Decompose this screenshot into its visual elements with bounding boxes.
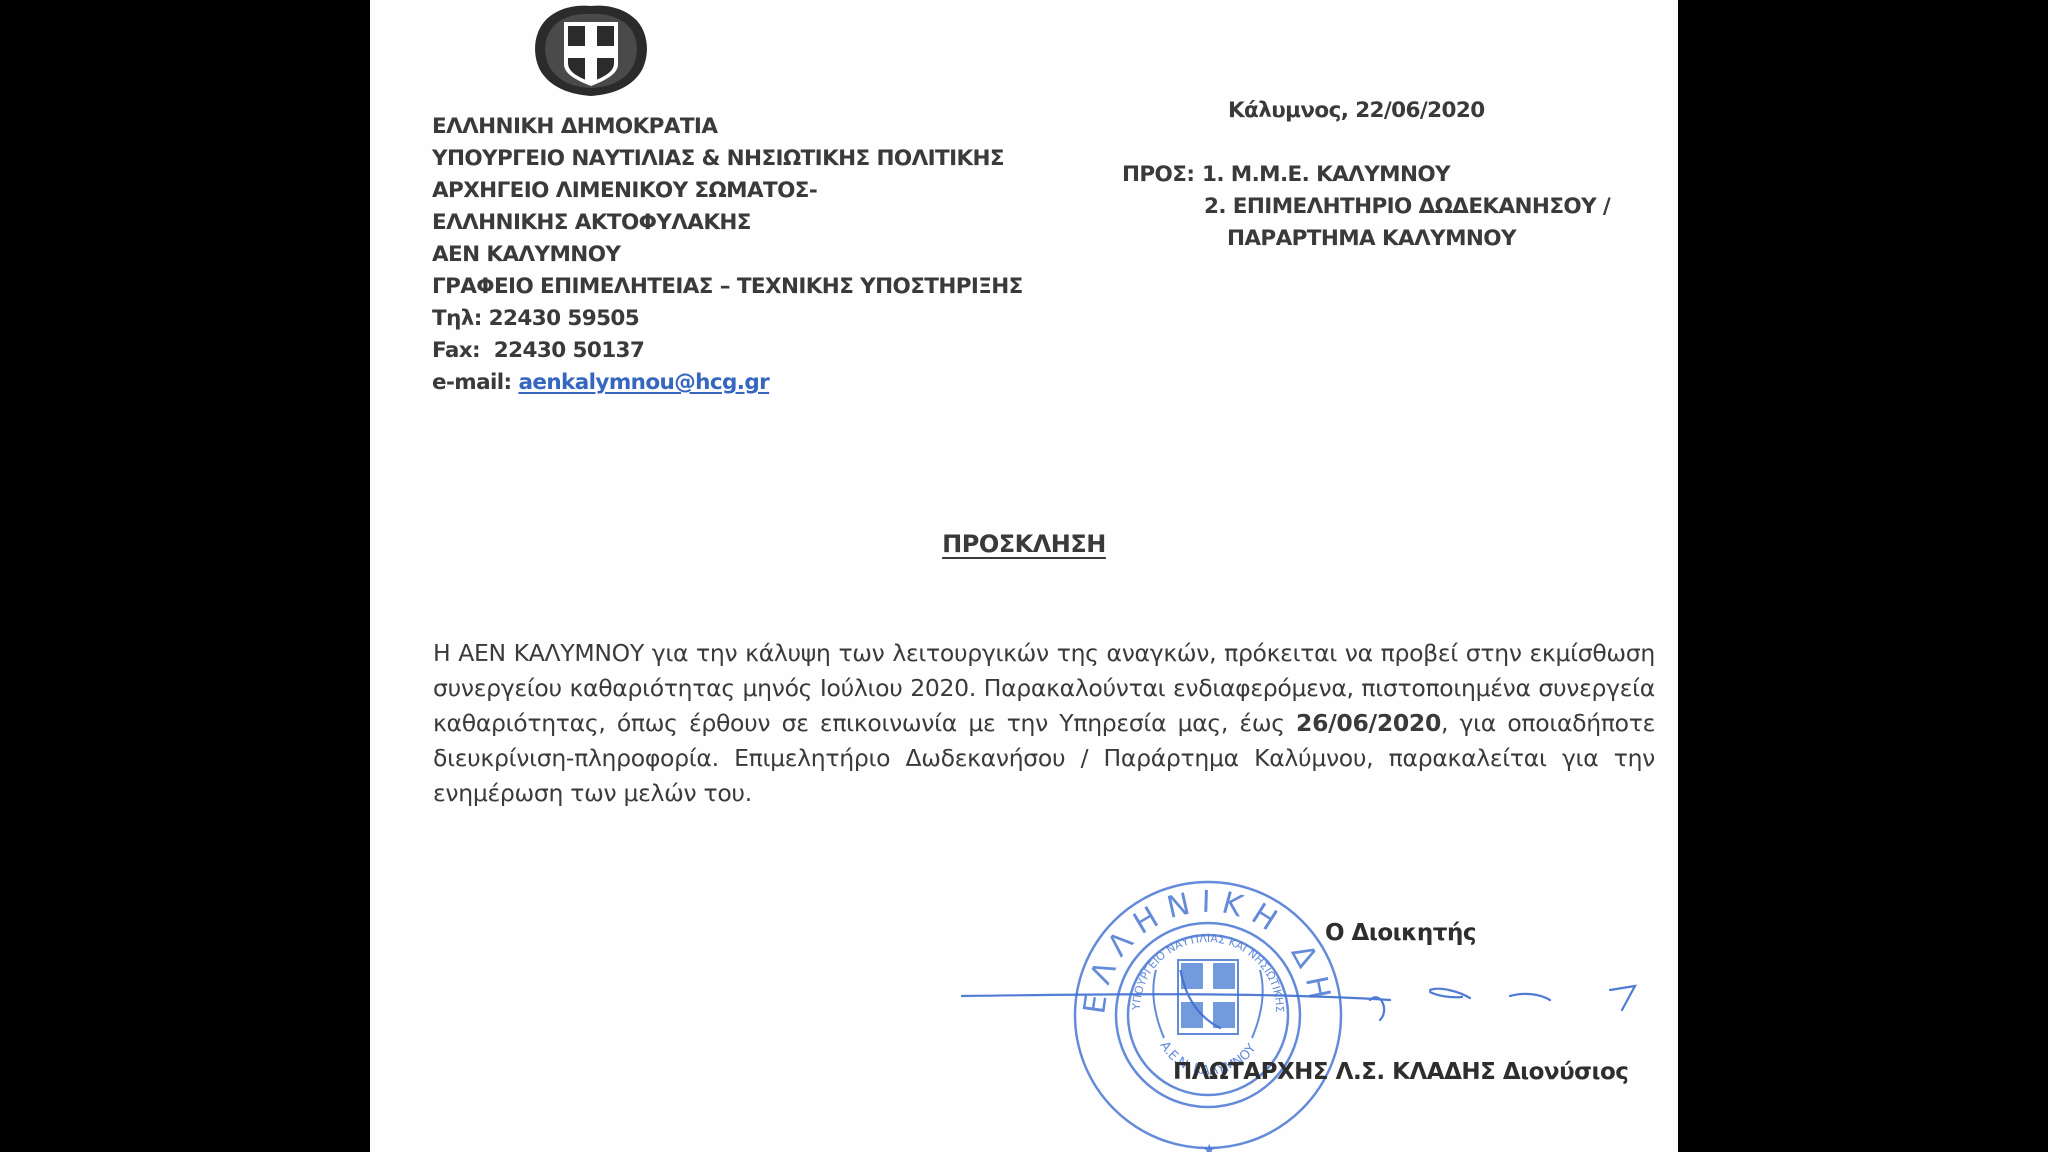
letterhead-line: ΕΛΛΗΝΙΚΗ ΔΗΜΟΚΡΑΤΙΑ [432,114,717,139]
greek-coat-of-arms-icon [530,2,652,98]
document-page: ΕΛΛΗΝΙΚΗ ΔΗΜΟΚΡΑΤΙΑ ΥΠΟΥΡΓΕΙΟ ΝΑΥΤΙΛΙΑΣ … [370,0,1678,1152]
recipient-item: 2. ΕΠΙΜΕΛΗΤΗΡΙΟ ΔΩΔΕΚΑΝΗΣΟΥ / [1204,194,1610,219]
fax-number: 22430 50137 [494,338,644,363]
letterhead-line: ΥΠΟΥΡΓΕΙΟ ΝΑΥΤΙΛΙΑΣ & ΝΗΣΙΩΤΙΚΗΣ ΠΟΛΙΤΙΚ… [432,146,1004,171]
letterhead-line: ΕΛΛΗΝΙΚΗΣ ΑΚΤΟΦΥΛΑΚΗΣ [432,210,751,235]
phone-line: Τηλ: 22430 59505 [432,306,639,331]
signatory-role: Ο Διοικητής [1325,920,1476,946]
fax-label: Fax: [432,338,480,363]
place-date: Κάλυμνος, 22/06/2020 [1228,98,1485,123]
handwritten-signature-icon [960,970,1680,1030]
letterhead-line: ΑΡΧΗΓΕΙΟ ΛΙΜΕΝΙΚΟΥ ΣΩΜΑΤΟΣ- [432,178,817,203]
signatory-name: ΠΛΩΤΑΡΧΗΣ Λ.Σ. ΚΛΑΔΗΣ Διονύσιος [1173,1059,1628,1085]
document-title: ΠΡΟΣΚΛΗΣΗ [370,530,1678,558]
fax-line: Fax: 22430 50137 [432,338,644,363]
phone-number: 22430 59505 [489,306,639,331]
letterhead-line: ΑΕΝ ΚΑΛΥΜΝΟΥ [432,242,620,267]
email-label: e-mail: [432,370,512,395]
email-line: e-mail: aenkalymnou@hcg.gr [432,370,769,395]
recipient-item: ΠΑΡΑΡΤΗΜΑ ΚΑΛΥΜΝΟΥ [1227,226,1516,251]
deadline-date: 26/06/2020 [1296,709,1441,737]
recipients-label: ΠΡΟΣ: [1122,162,1194,187]
letterhead-line: ΓΡΑΦΕΙΟ ΕΠΙΜΕΛΗΤΕΙΑΣ – ΤΕΧΝΙΚΗΣ ΥΠΟΣΤΗΡΙ… [432,274,1023,299]
svg-text:★: ★ [1202,1140,1216,1152]
recipient-item: 1. Μ.Μ.Ε. ΚΑΛΥΜΝΟΥ [1202,162,1450,187]
phone-label: Τηλ: [432,306,482,331]
document-body: Η ΑΕΝ ΚΑΛΥΜΝΟΥ για την κάλυψη των λειτου… [433,636,1655,811]
email-link[interactable]: aenkalymnou@hcg.gr [518,370,769,395]
